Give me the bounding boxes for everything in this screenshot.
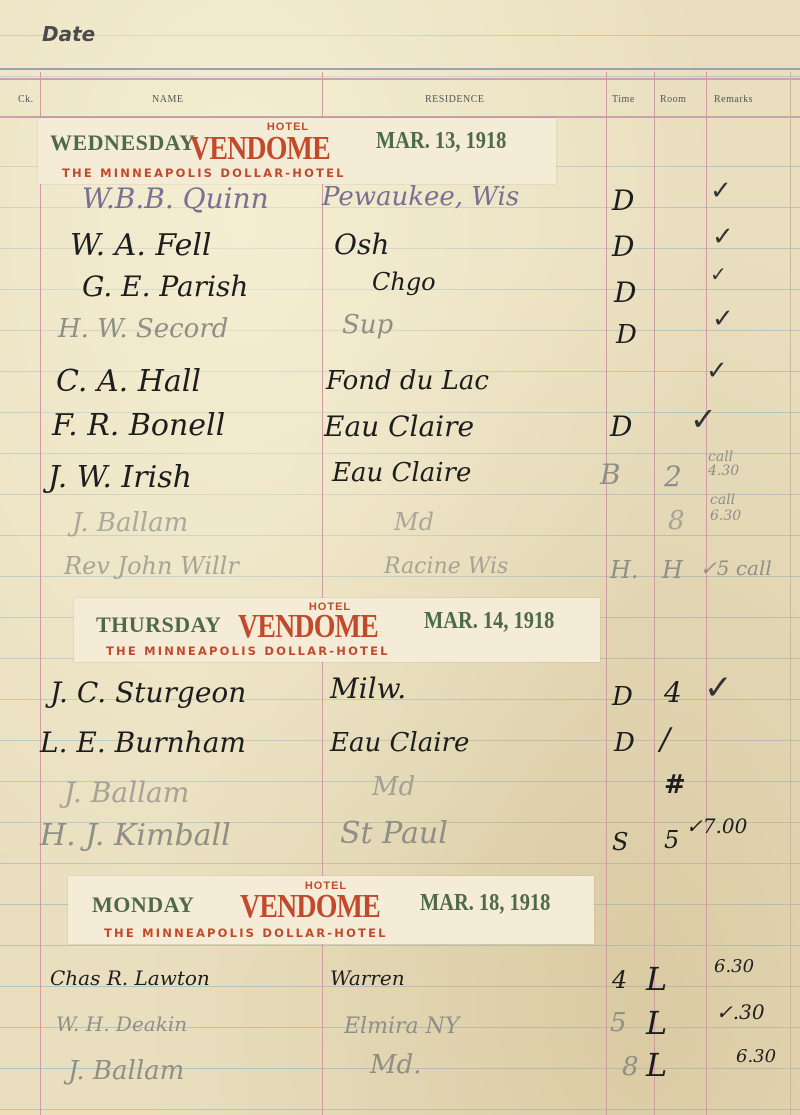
guest-residence: Pewaukee, Wis [322,182,519,212]
guest-residence: Warren [330,966,405,990]
col-head-name: NAME [152,94,183,105]
guest-time: H. [610,556,639,584]
guest-remarks: / [660,722,670,757]
guest-time: 5 [610,1008,627,1038]
remarks-check: ✓ [712,222,734,252]
guest-time: D [612,682,633,712]
col-divider-time [654,72,655,1115]
guest-residence: Eau Claire [324,410,474,443]
guest-remarks: call 6.30 [710,492,760,524]
remarks-check: ✓ [690,400,717,438]
date-stamp-monday: MONDAY HOTEL VENDOME MAR. 18, 1918 THE M… [68,876,594,944]
stamp-hotel-name: VENDOME [190,130,330,168]
guest-residence: St Paul [340,816,448,851]
guest-name: C. A. Hall [56,364,201,399]
guest-room: 8 [668,506,685,536]
col-head-room: Room [660,94,686,105]
date-stamp-thursday: THURSDAY HOTEL VENDOME MAR. 14, 1918 THE… [74,598,600,662]
guest-time: 8 [622,1052,639,1082]
stamp-day: THURSDAY [96,612,221,638]
col-head-time: Time [612,94,635,105]
guest-time: D [614,276,636,309]
stamp-subtitle: THE MINNEAPOLIS DOLLAR-HOTEL [104,926,388,940]
guest-residence: Md. [370,1050,422,1080]
guest-remarks: 6.30 [736,1046,776,1067]
remarks-check: ✓ [710,262,727,286]
guest-name: J. Ballam [64,776,189,809]
guest-remarks: ✓.30 [716,1000,765,1024]
guest-name: J. W. Irish [48,460,192,495]
guest-residence: Md [372,772,415,802]
guest-name: W.B.B. Quinn [82,182,269,215]
guest-remarks: 6.30 [714,956,754,977]
guest-name: W. A. Fell [70,228,212,263]
stamp-subtitle: THE MINNEAPOLIS DOLLAR-HOTEL [106,644,390,658]
guest-time: D [612,230,634,263]
guest-name: H. W. Secord [58,314,228,344]
guest-residence: Md [394,508,434,536]
stamp-subtitle: THE MINNEAPOLIS DOLLAR-HOTEL [62,166,346,180]
guest-residence: Sup [342,310,393,340]
stamp-day: MONDAY [92,892,194,918]
guest-name: Rev John Willr [64,552,239,580]
guest-name: H. J. Kimball [40,818,231,853]
remarks-check: ✓ [710,176,732,206]
guest-residence: Milw. [330,672,406,705]
col-divider-name [322,72,323,1115]
guest-name: J. Ballam [68,1056,184,1086]
guest-name: W. H. Deakin [56,1012,187,1036]
guest-room: L [646,1046,667,1084]
rule-top [0,68,800,70]
col-divider-residence [606,72,607,1115]
guest-residence: Fond du Lac [326,366,489,396]
register-page: Date Ck. NAME RESIDENCE Time Room Remark… [0,0,800,1115]
remarks-check: ✓ [712,304,734,334]
col-divider-room [706,72,707,1115]
guest-room: 5 [664,826,679,854]
guest-residence: Racine Wis [384,554,508,579]
guest-time: D [610,410,632,443]
stamp-date: MAR. 13, 1918 [376,128,506,155]
guest-name: G. E. Parish [82,270,248,303]
guest-residence: Eau Claire [332,458,471,488]
guest-room: 2 [664,460,682,493]
col-head-residence: RESIDENCE [425,94,485,105]
col-divider-remarks [790,72,791,1115]
guest-name: J. Ballam [72,508,188,538]
stamp-date: MAR. 14, 1918 [424,608,554,635]
col-head-ck: Ck. [18,94,34,105]
guest-time: S [612,828,628,856]
stamp-hotel-name: VENDOME [238,608,378,646]
remarks-check: ✓ [706,356,728,386]
guest-time: 4 [612,966,627,994]
stamp-date: MAR. 18, 1918 [420,890,550,917]
guest-room: L [646,1004,667,1042]
col-head-remarks: Remarks [714,94,753,105]
guest-residence: Eau Claire [330,728,469,758]
guest-name: L. E. Burnham [40,726,246,759]
guest-remarks: ✓5 call [700,556,772,580]
guest-room: 4 [664,676,682,709]
stamp-hotel-name: VENDOME [240,888,380,926]
guest-residence: Chgo [372,268,436,296]
guest-remarks: call 4.30 [708,450,768,478]
guest-time: D [612,184,634,217]
remarks-check: ✓ [704,668,733,708]
guest-name: Chas R. Lawton [50,966,210,990]
col-divider-ck [40,72,41,1115]
guest-residence: Osh [334,228,389,261]
guest-residence: Elmira NY [344,1014,459,1039]
guest-time: B [600,458,621,491]
date-stamp-wednesday: WEDNESDAY HOTEL VENDOME MAR. 13, 1918 TH… [38,118,556,184]
guest-room: H [662,556,683,584]
guest-name: J. C. Sturgeon [50,676,246,709]
date-label: Date [42,22,95,46]
stamp-day: WEDNESDAY [50,130,196,156]
guest-room: # [664,770,686,800]
guest-name: F. R. Bonell [52,408,225,443]
rule-top-2 [0,78,800,80]
guest-time: D [616,320,637,350]
guest-time: D [614,728,635,758]
guest-remarks: ✓7.00 [686,814,747,838]
guest-room: L [646,960,667,998]
